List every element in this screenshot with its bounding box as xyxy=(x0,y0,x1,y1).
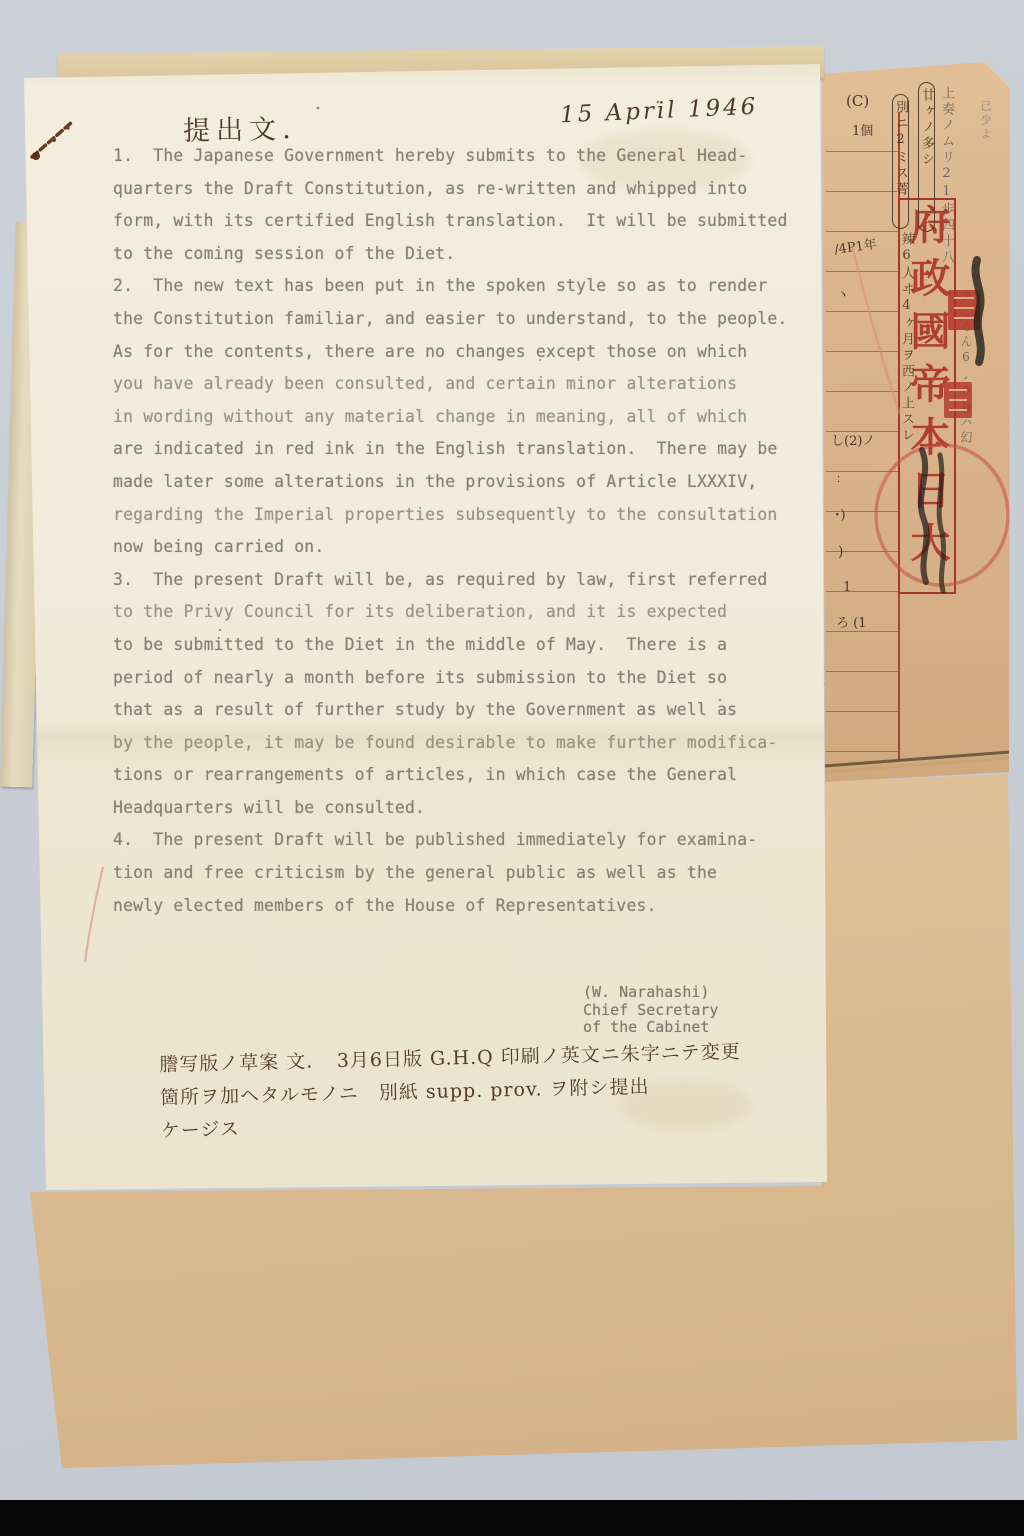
typed-letter-sheet: 提出文. 15 April 1946 1. The Japanese Gover… xyxy=(20,60,832,1196)
typed-line: newly elected members of the House of Re… xyxy=(113,890,803,923)
faint-red-arc xyxy=(852,245,900,415)
typed-line: to be submitted to the Diet in the middl… xyxy=(113,629,803,662)
typed-line: to the Privy Council for its deliberatio… xyxy=(113,596,803,629)
typed-line: period of nearly a month before its subm… xyxy=(113,662,803,695)
typed-line: regarding the Imperial properties subseq… xyxy=(113,499,803,532)
typed-line: quarters the Draft Constitution, as re-w… xyxy=(113,173,803,206)
typed-line: 4. The present Draft will be published i… xyxy=(113,824,803,857)
black-ink-scribble xyxy=(939,455,943,591)
typed-line: now being carried on. xyxy=(113,531,803,564)
typed-line: 3. The present Draft will be, as require… xyxy=(113,564,803,597)
typed-line: that as a result of further study by the… xyxy=(113,694,803,727)
rust-spot xyxy=(66,126,69,129)
typed-line: the Constitution familiar, and easier to… xyxy=(113,303,803,336)
typed-body: 1. The Japanese Government hereby submit… xyxy=(113,140,803,922)
typed-line: tion and free criticism by the general p… xyxy=(113,857,803,890)
typed-line: Headquarters will be consulted. xyxy=(113,792,803,825)
black-ink-scribble xyxy=(975,260,980,362)
black-ink-scribble xyxy=(921,450,927,582)
handwritten-postscript: 謄写版ノ草案 文． 3月6日版 G.H.Q 印刷ノ英文ニ朱字ニテ変更箇所ヲ加ヘタ… xyxy=(159,1035,781,1148)
typed-line: made later some alterations in the provi… xyxy=(113,466,803,499)
typed-line: 2. The new text has been put in the spok… xyxy=(113,270,803,303)
red-pencil-stroke xyxy=(85,867,103,962)
rust-spot xyxy=(52,138,56,142)
typed-line: by the people, it may be found desirable… xyxy=(113,727,803,760)
signature-line: of the Cabinet xyxy=(583,1019,718,1037)
typed-line: are indicated in red ink in the English … xyxy=(113,433,803,466)
typed-line: 1. The Japanese Government hereby submit… xyxy=(113,140,803,173)
slip-stamps-overlay xyxy=(822,60,1012,788)
typed-line: form, with its certified English transla… xyxy=(113,205,803,238)
signature-line: Chief Secretary xyxy=(583,1002,718,1020)
signature-line: (W. Narahashi) xyxy=(583,984,718,1002)
rust-stain xyxy=(32,122,72,157)
signature-block: (W. Narahashi)Chief Secretaryof the Cabi… xyxy=(583,984,718,1037)
speck xyxy=(317,107,320,110)
typed-line: in wording without any material change i… xyxy=(113,401,803,434)
typed-line: tions or rearrangements of articles, in … xyxy=(113,759,803,792)
rust-spot xyxy=(32,152,40,160)
photo-bottom-black-band xyxy=(0,1500,1024,1536)
japanese-form-slip: (C)1個/4P1年ヽし(2)ノ：･))1ろ (1 府政國帝本日大 別ニ2ミス菁… xyxy=(822,60,1012,788)
typed-line: to the coming session of the Diet. xyxy=(113,238,803,271)
archival-photo: (C)1個/4P1年ヽし(2)ノ：･))1ろ (1 府政國帝本日大 別ニ2ミス菁… xyxy=(0,0,1024,1536)
typed-line: As for the contents, there are no change… xyxy=(113,336,803,369)
typed-line: you have already been consulted, and cer… xyxy=(113,368,803,401)
